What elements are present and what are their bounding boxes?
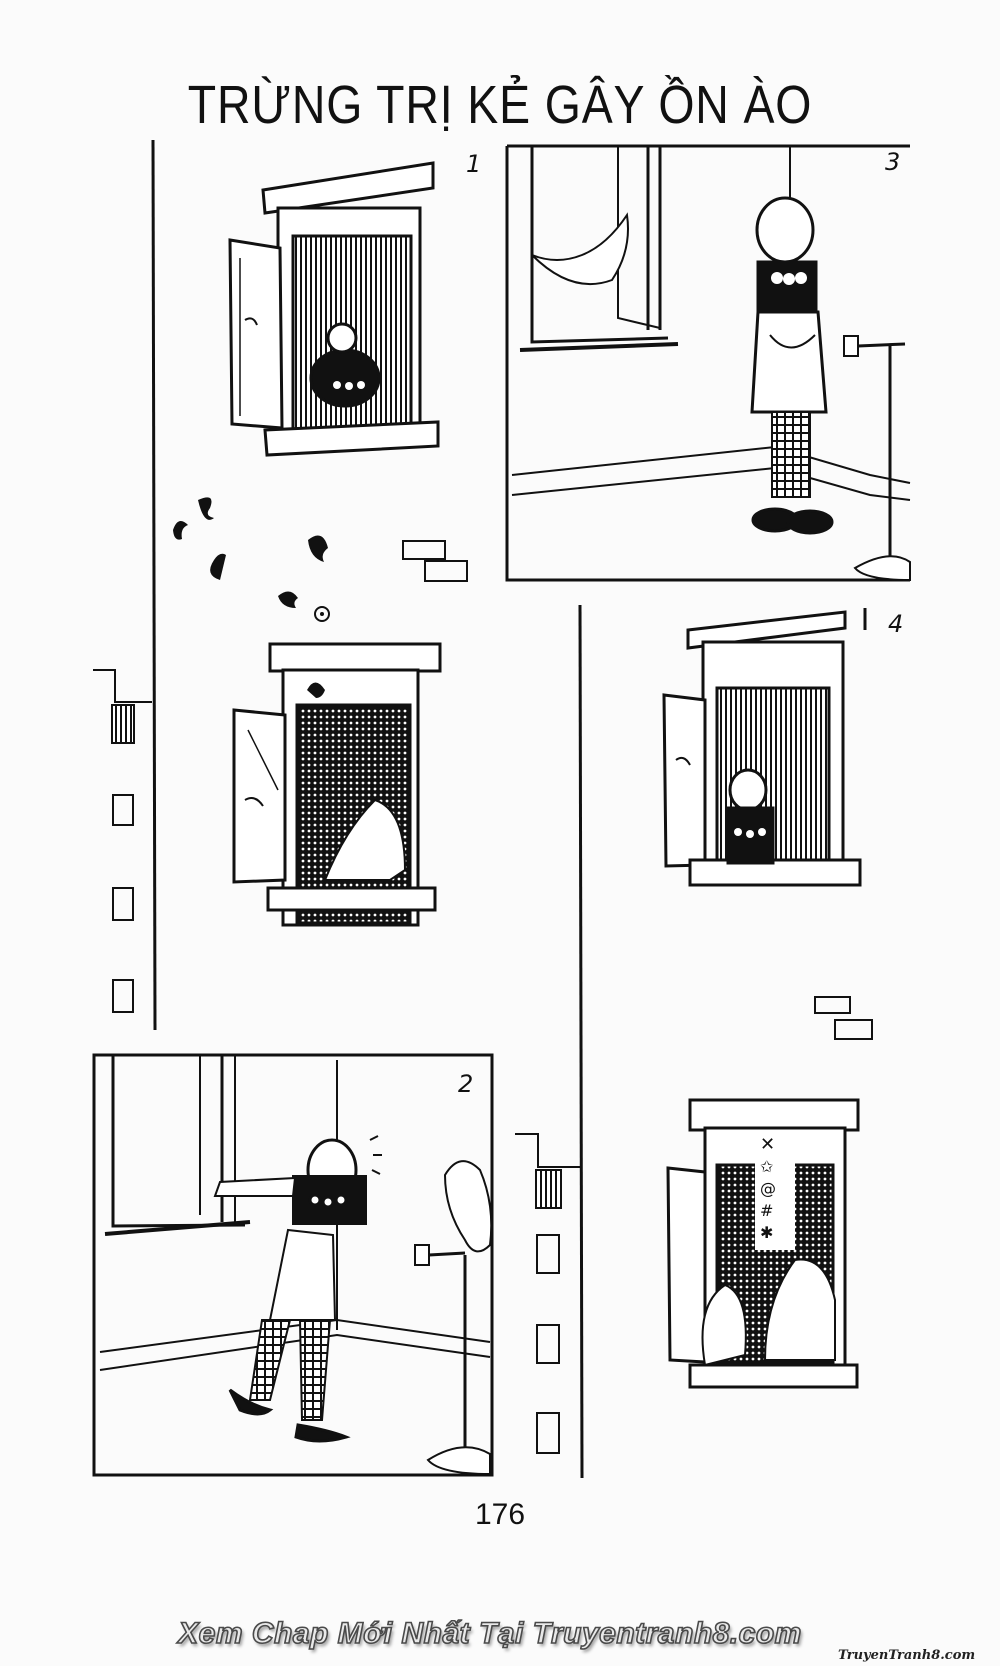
svg-text:#: # xyxy=(760,1201,773,1220)
comic-artwork: 1 3 xyxy=(0,0,1000,1666)
panel-2 xyxy=(94,1055,492,1475)
window-panel-1 xyxy=(230,163,438,455)
panel-number-2: 2 xyxy=(458,1070,473,1098)
svg-text:✕: ✕ xyxy=(760,1134,775,1155)
window-woman-parrot: ✕ ✩ @ # ✱ xyxy=(668,1100,858,1387)
watermark-text: Xem Chap Mới Nhất Tại Truyentranh8.com xyxy=(150,1617,830,1651)
panel-number-3: 3 xyxy=(885,148,900,176)
window-panel-4 xyxy=(664,612,860,885)
page-number: 176 xyxy=(0,1498,1000,1532)
svg-text:✱: ✱ xyxy=(760,1223,773,1242)
panel-3 xyxy=(507,146,910,580)
svg-text:@: @ xyxy=(760,1179,776,1198)
panel-number-4: 4 xyxy=(888,610,903,638)
window-singer xyxy=(234,644,440,925)
music-notes-icon xyxy=(173,497,329,621)
panel-number-1: 1 xyxy=(466,150,481,178)
svg-text:✩: ✩ xyxy=(760,1157,774,1176)
brand-logo: TruyenTranh8.com xyxy=(838,1648,975,1663)
